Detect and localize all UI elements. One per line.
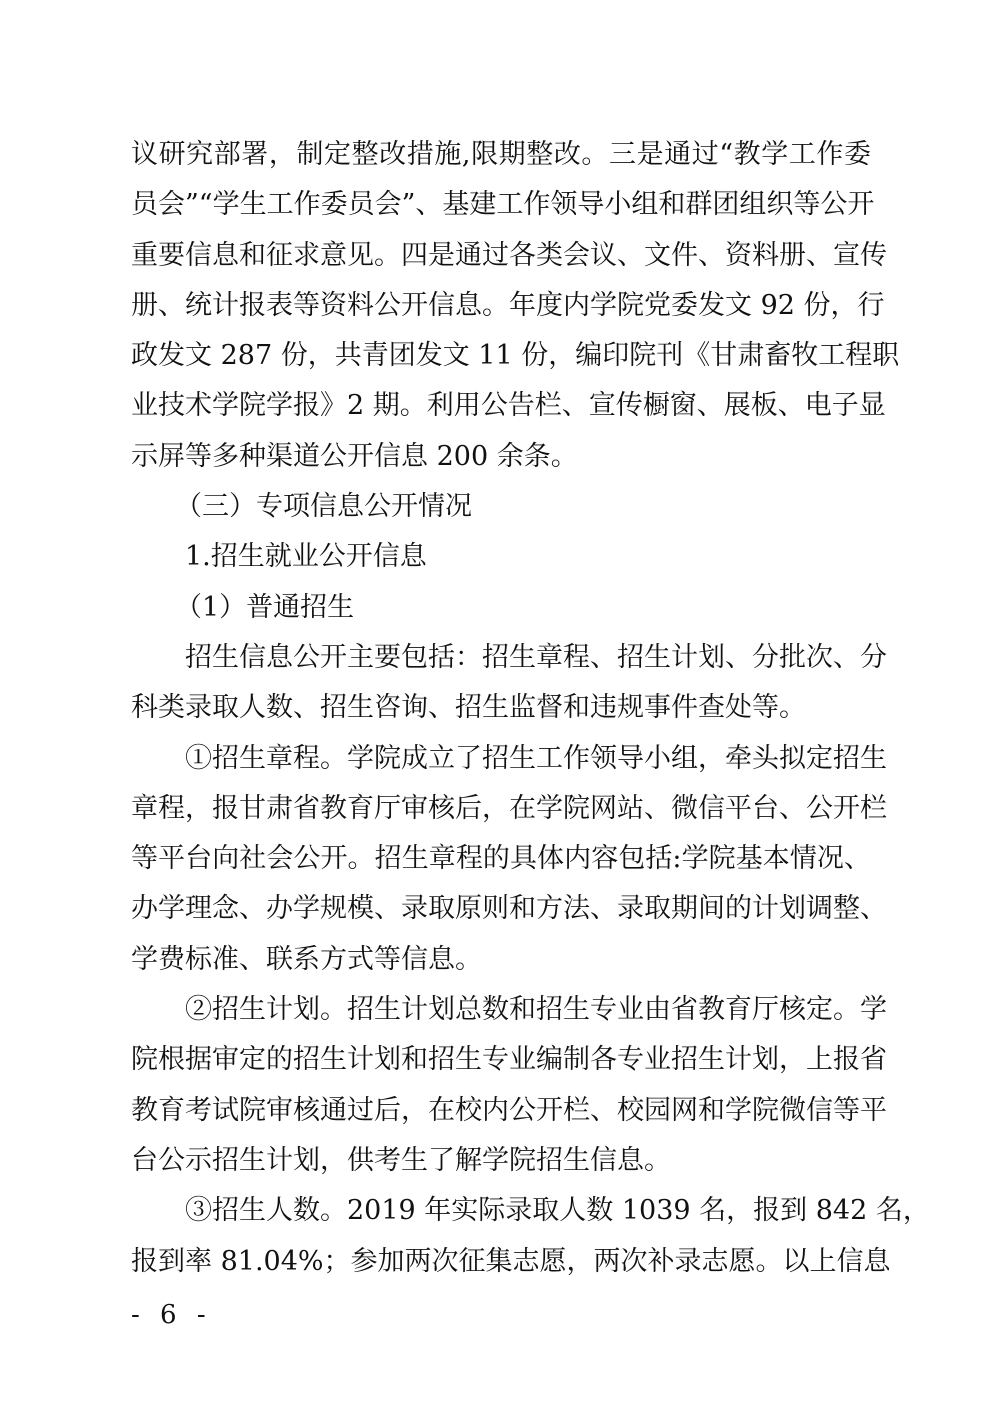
text-line: 册、统计报表等资料公开信息。年度内学院党委发文 92 份，行: [131, 281, 871, 331]
paragraph-enrollment-intro: 招生信息公开主要包括：招生章程、招生计划、分批次、分 科类录取人数、招生咨询、招…: [131, 633, 871, 734]
text-line: 员会”“学生工作委员会”、基建工作领导小组和群团组织等公开: [131, 180, 871, 230]
text-line: 重要信息和征求意见。四是通过各类会议、文件、资料册、宣传: [131, 231, 871, 281]
text-line: 办学理念、办学规模、录取原则和方法、录取期间的计划调整、: [131, 884, 871, 934]
text-line: 台公示招生计划，供考生了解学院招生信息。: [131, 1136, 871, 1186]
text-line: 教育考试院审核通过后，在校内公开栏、校园网和学院微信等平: [131, 1086, 871, 1136]
text-line: 科类录取人数、招生咨询、招生监督和违规事件查处等。: [131, 683, 871, 733]
document-body: 议研究部署，制定整改措施,限期整改。三是通过“教学工作委 员会”“学生工作委员会…: [131, 130, 871, 1287]
text-line: 等平台向社会公开。招生章程的具体内容包括:学院基本情况、: [131, 834, 871, 884]
text-line: 院根据审定的招生计划和招生专业编制各专业招生计划，上报省: [131, 1035, 871, 1085]
text-line: ③招生人数。2019 年实际录取人数 1039 名，报到 842 名，: [131, 1186, 871, 1236]
paragraph-enrollment-charter: ①招生章程。学院成立了招生工作领导小组，牵头拟定招生 章程，报甘肃省教育厅审核后…: [131, 734, 871, 985]
text-line: ②招生计划。招生计划总数和招生专业由省教育厅核定。学: [131, 985, 871, 1035]
section-heading-special-info: （三）专项信息公开情况: [131, 482, 871, 532]
text-line: 政发文 287 份，共青团发文 11 份，编印院刊《甘肃畜牧工程职: [131, 331, 871, 381]
text-line: 学费标准、联系方式等信息。: [131, 935, 871, 985]
subsection-heading-general-enrollment: （1）普通招生: [131, 583, 871, 633]
text-line: 章程，报甘肃省教育厅审核后，在学院网站、微信平台、公开栏: [131, 784, 871, 834]
paragraph-enrollment-plan: ②招生计划。招生计划总数和招生专业由省教育厅核定。学 院根据审定的招生计划和招生…: [131, 985, 871, 1186]
text-line: 示屏等多种渠道公开信息 200 余条。: [131, 432, 871, 482]
text-line: 议研究部署，制定整改措施,限期整改。三是通过“教学工作委: [131, 130, 871, 180]
text-line: 报到率 81.04%；参加两次征集志愿，两次补录志愿。以上信息: [131, 1237, 871, 1287]
document-page: 议研究部署，制定整改措施,限期整改。三是通过“教学工作委 员会”“学生工作委员会…: [0, 0, 1000, 1414]
page-number: - 6 -: [131, 1300, 212, 1330]
text-line: 业技术学院学报》2 期。利用公告栏、宣传橱窗、展板、电子显: [131, 381, 871, 431]
paragraph-enrollment-numbers: ③招生人数。2019 年实际录取人数 1039 名，报到 842 名， 报到率 …: [131, 1186, 871, 1287]
paragraph-continued: 议研究部署，制定整改措施,限期整改。三是通过“教学工作委 员会”“学生工作委员会…: [131, 130, 871, 482]
text-line: ①招生章程。学院成立了招生工作领导小组，牵头拟定招生: [131, 734, 871, 784]
subsection-heading-enrollment-employment: 1.招生就业公开信息: [131, 532, 871, 582]
text-line: 招生信息公开主要包括：招生章程、招生计划、分批次、分: [131, 633, 871, 683]
